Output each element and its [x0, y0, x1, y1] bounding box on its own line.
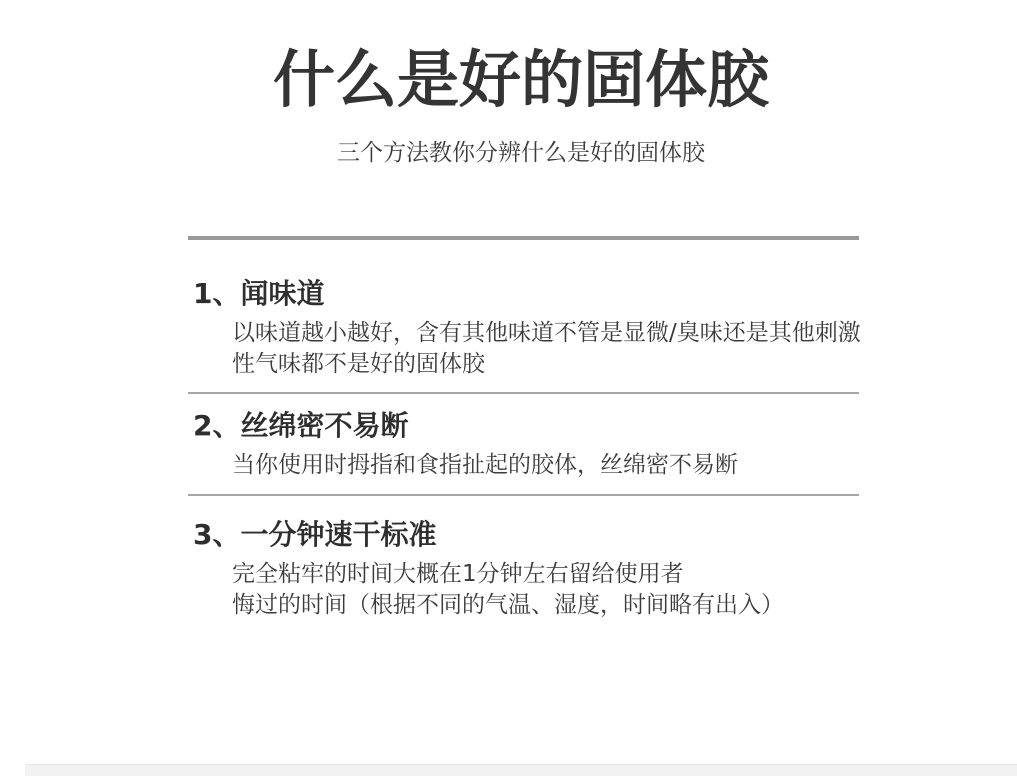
- body-line: 完全粘牢的时间大概在1分钟左右留给使用者: [232, 559, 893, 590]
- page-subtitle: 三个方法教你分辨什么是好的固体胶: [25, 138, 1017, 168]
- body-line: 以味道越小越好，含有其他味道不管是显微/臭味还是其他刺激: [232, 318, 893, 349]
- body-line: 当你使用时拇指和食指扯起的胶体，丝绵密不易断: [232, 450, 893, 481]
- section-body: 当你使用时拇指和食指扯起的胶体，丝绵密不易断: [232, 450, 893, 481]
- section-number: 2、: [193, 408, 240, 444]
- section-heading-text: 丝绵密不易断: [240, 409, 408, 442]
- section-number: 1、: [193, 276, 240, 312]
- section-divider-1: [188, 392, 859, 394]
- body-line: 悔过的时间（根据不同的气温、湿度，时间略有出入）: [232, 590, 893, 621]
- section-body: 以味道越小越好，含有其他味道不管是显微/臭味还是其他刺激 性气味都不是好的固体胶: [232, 318, 893, 380]
- page-title: 什么是好的固体胶: [25, 42, 1017, 118]
- top-divider: [188, 236, 859, 240]
- section-divider-2: [188, 494, 859, 496]
- glue-stick-info-section: 什么是好的固体胶 三个方法教你分辨什么是好的固体胶 1、闻味道 以味道越小越好，…: [0, 0, 1017, 776]
- section-quick-dry: 3、一分钟速干标准 完全粘牢的时间大概在1分钟左右留给使用者 悔过的时间（根据不…: [193, 517, 893, 621]
- section-number: 3、: [193, 517, 240, 553]
- next-section-strip: [25, 764, 1017, 776]
- section-heading: 3、一分钟速干标准: [193, 517, 893, 553]
- section-body: 完全粘牢的时间大概在1分钟左右留给使用者 悔过的时间（根据不同的气温、湿度，时间…: [232, 559, 893, 621]
- body-line: 性气味都不是好的固体胶: [232, 349, 893, 380]
- section-heading: 1、闻味道: [193, 276, 893, 312]
- section-heading: 2、丝绵密不易断: [193, 408, 893, 444]
- section-heading-text: 闻味道: [240, 277, 324, 310]
- section-heading-text: 一分钟速干标准: [240, 518, 436, 551]
- section-silky-strand: 2、丝绵密不易断 当你使用时拇指和食指扯起的胶体，丝绵密不易断: [193, 408, 893, 481]
- section-smell: 1、闻味道 以味道越小越好，含有其他味道不管是显微/臭味还是其他刺激 性气味都不…: [193, 276, 893, 380]
